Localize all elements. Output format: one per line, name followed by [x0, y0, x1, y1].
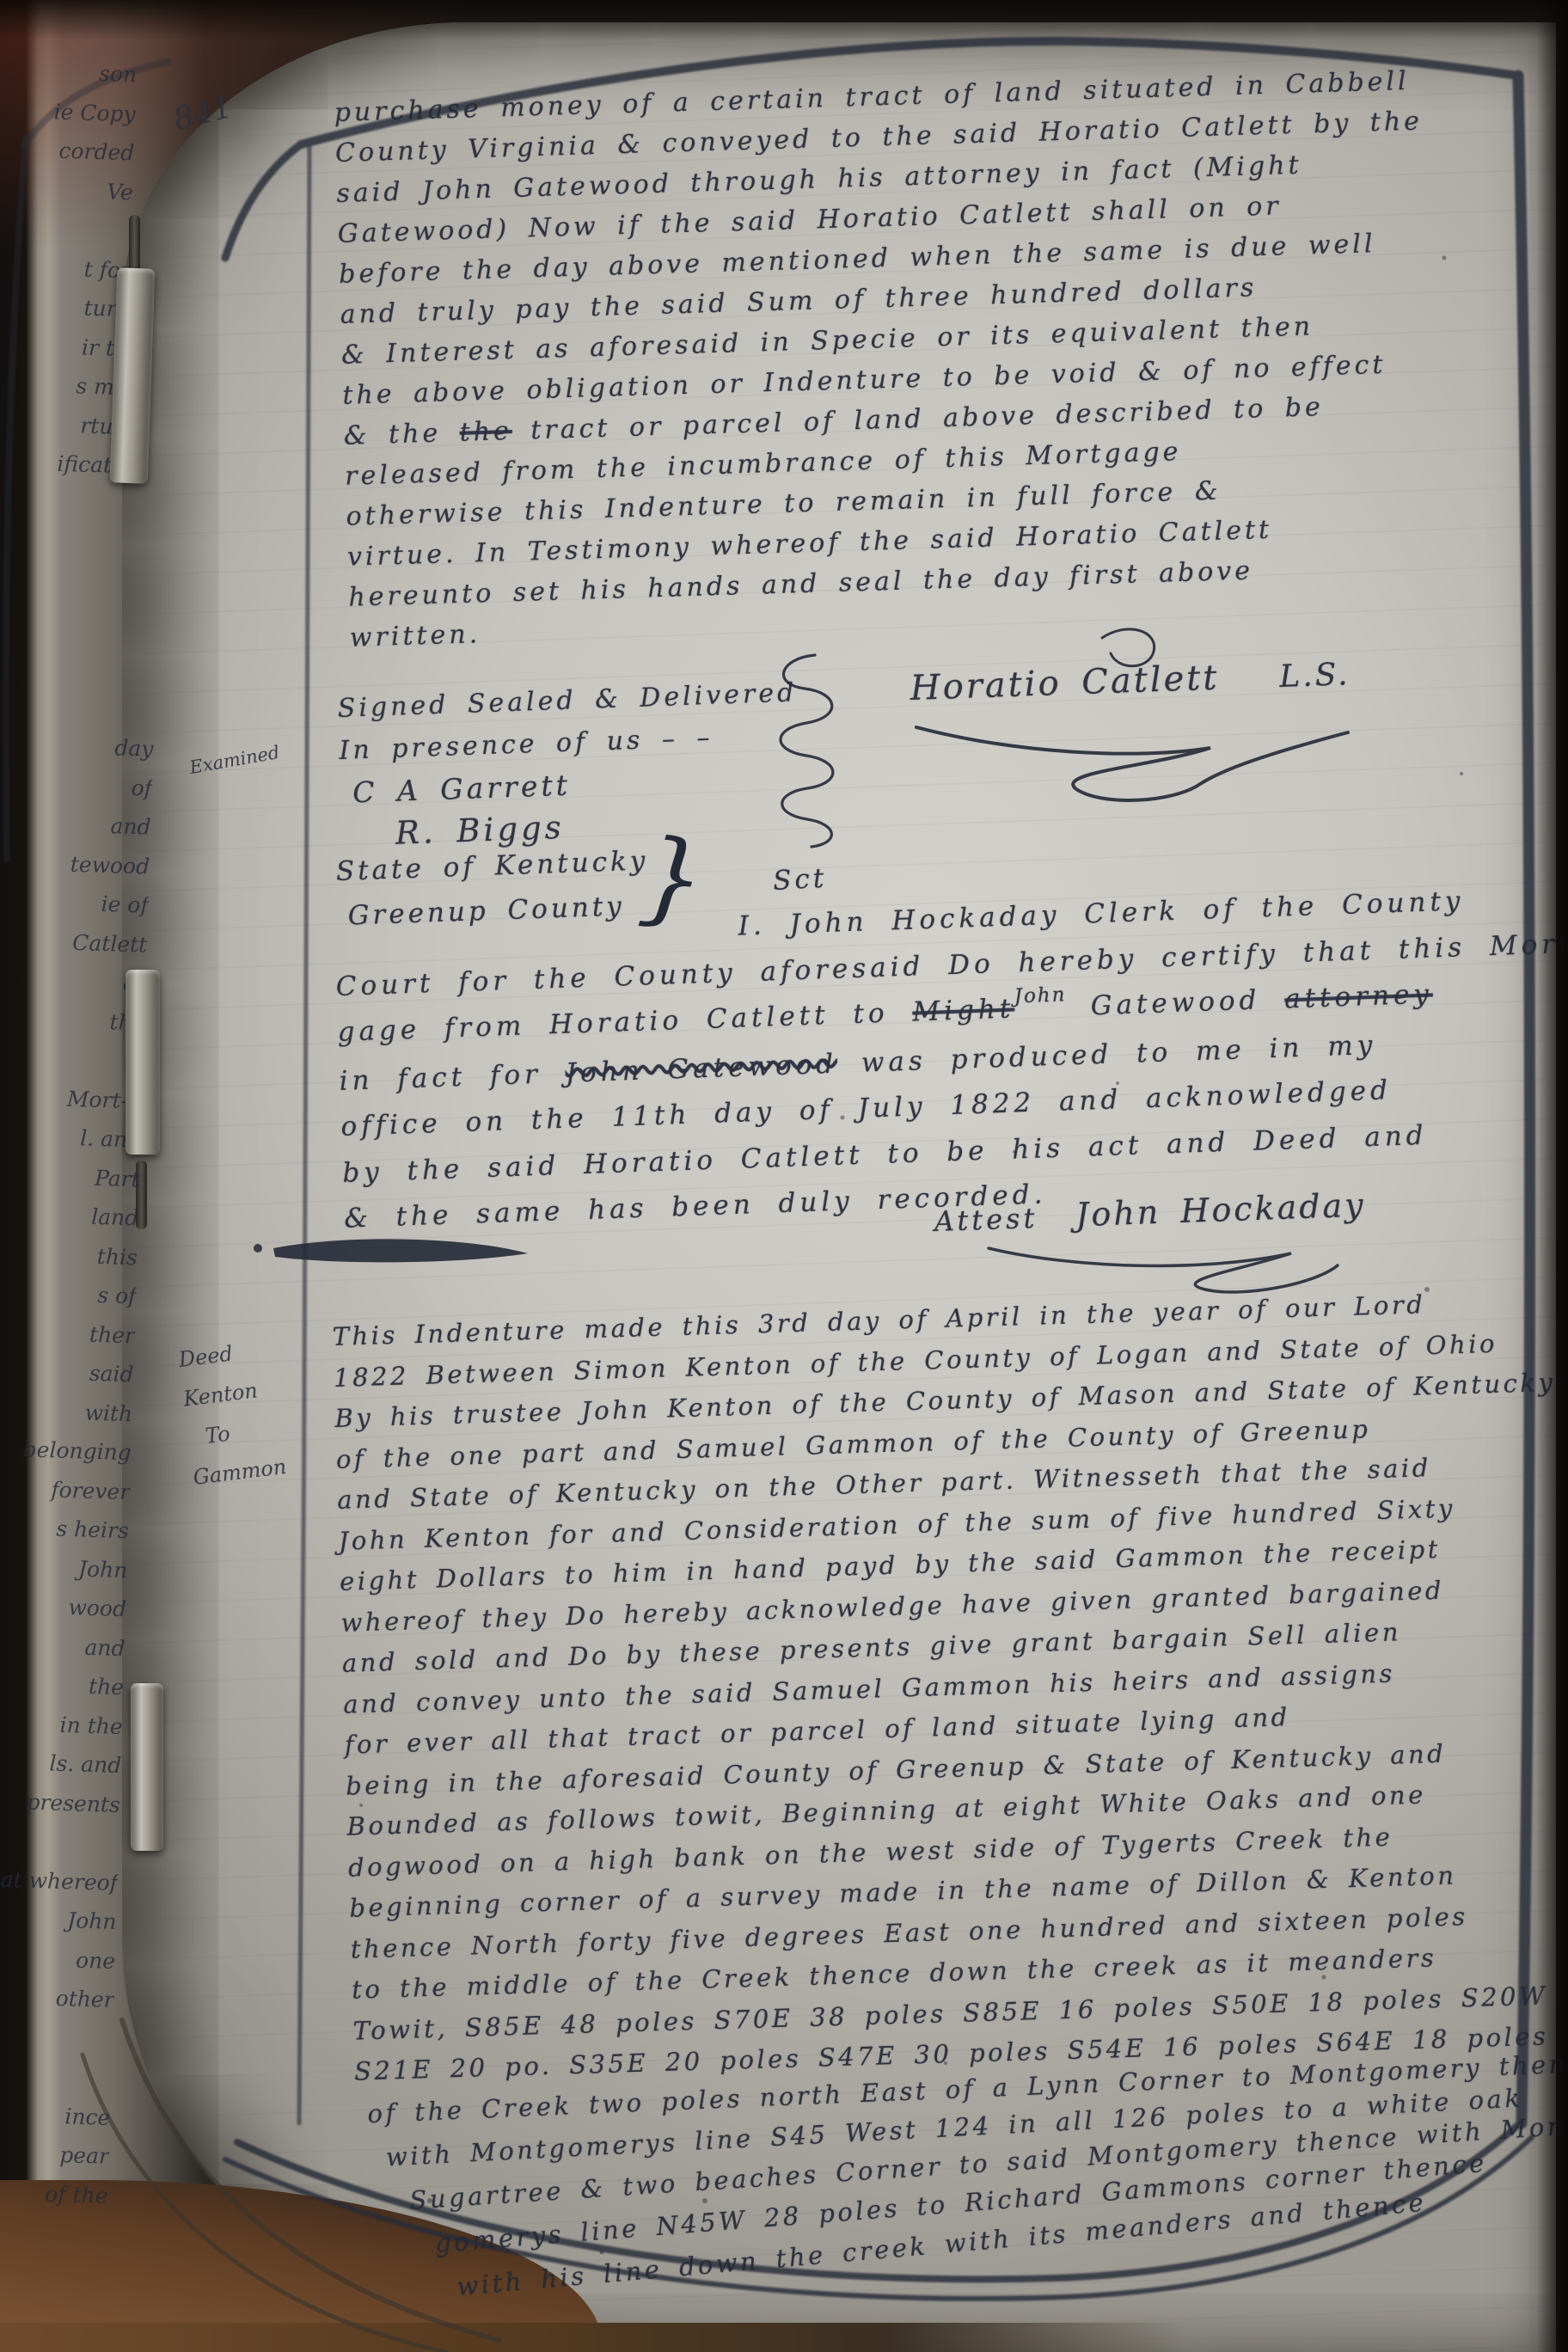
left-page-text-fragment: Ve — [2, 168, 133, 211]
witness-block: Signed Sealed & Delivered In presence of… — [337, 671, 802, 856]
left-page-text-fragment: one — [0, 1938, 116, 1981]
left-page-text-fragment: and — [0, 1625, 126, 1668]
clerk-name: John Hockaday — [1075, 1185, 1366, 1234]
left-page-text-fragment: the — [0, 1663, 125, 1706]
left-page-text-fragment: s of — [5, 1273, 137, 1316]
left-page-text-fragment: belonging — [0, 1430, 132, 1473]
clerk-certificate-block: I. John Hockaday Clerk of the County Cou… — [334, 874, 1568, 1242]
left-page-text-fragment: s heirs — [0, 1507, 130, 1550]
line-segment: & the — [343, 418, 460, 451]
left-page-text-fragment: with — [1, 1390, 132, 1433]
left-page-text-fragment — [0, 2055, 113, 2098]
left-page-text-fragment — [1, 208, 132, 251]
left-page-text-fragment: John — [0, 1547, 128, 1589]
left-page-text-fragment: ificate — [0, 442, 126, 485]
struck-word: the — [459, 416, 512, 448]
left-page-text-fragment: ie Copy — [4, 90, 136, 133]
venue-sct: Sct — [772, 859, 828, 902]
attest-label: Attest — [934, 1202, 1038, 1238]
left-page-text-fragment: said — [3, 1351, 134, 1394]
left-page-text-fragment: corded — [3, 130, 135, 173]
left-page-text-fragment: ir th — [0, 325, 129, 368]
binding-post — [110, 267, 156, 483]
left-page-text-fragment: t for — [0, 247, 132, 290]
left-page-text-fragment: in the — [0, 1703, 123, 1746]
binding-post — [131, 1683, 163, 1851]
seal-mark: L.S. — [1279, 657, 1351, 695]
mortgage-clause-block: purchase money of a certain tract of lan… — [334, 60, 1437, 658]
left-page-text-fragment: s me — [0, 364, 127, 407]
struck-word: Might — [912, 993, 1015, 1027]
left-page-text-fragment: ther — [3, 1312, 135, 1355]
left-page-text-fragment: n — [12, 1038, 144, 1081]
left-page-text-fragment: this — [6, 1234, 138, 1277]
line-segment: in fact for — [339, 1057, 566, 1096]
left-page-text-fragment: forever — [0, 1468, 131, 1511]
deed-book-photo: son ie Copy corded Ve t for ture ir th s… — [0, 0, 1568, 2352]
left-page-text-fragment: Catlett — [16, 921, 148, 964]
left-page-text-fragment: other — [0, 1976, 114, 2019]
left-page-text-fragment: ince — [0, 2094, 111, 2137]
left-page-text-fragment: Part — [9, 1155, 140, 1198]
left-page-text-fragment — [0, 1820, 119, 1863]
left-page-text-fragment: l. and — [9, 1117, 141, 1160]
left-page-text-fragment: at whereof — [0, 1859, 119, 1902]
left-page-text-fragment: day — [22, 726, 154, 769]
left-page-text-fragment: pear — [0, 2133, 110, 2176]
left-page-text-fragment: and — [20, 804, 151, 847]
left-page-text-fragment: Mort— — [11, 1077, 143, 1120]
left-page-text-fragment: ie of — [17, 882, 149, 925]
line-segment: Gatewood — [1066, 983, 1285, 1022]
left-page-text-fragment: wood — [0, 1585, 127, 1628]
struck-word: attorney — [1284, 978, 1434, 1014]
scribbled-out-words: John Gatewood — [565, 1048, 838, 1088]
left-page-text-fragment: John — [0, 1898, 117, 1941]
left-page-text-fragment: ture — [0, 286, 130, 329]
table-edge — [0, 2323, 1186, 2352]
indenture-block: This Indenture made this 3rd day of Apri… — [332, 1275, 1568, 2312]
left-page-text-fragment: of — [21, 764, 152, 807]
interlined-word: John — [1014, 972, 1068, 1020]
left-page-text-fragment — [0, 2016, 113, 2059]
left-page-text-fragment: tewood — [18, 842, 150, 885]
left-page-text-fragment: land — [8, 1195, 139, 1238]
left-page-text-fragment: presents — [0, 1781, 121, 1824]
left-page-text-fragment: of the — [0, 2172, 108, 2215]
left-page-text-fragment: rtue — [0, 403, 126, 446]
margin-note-entry: Deed Kenton To Gammon — [176, 1329, 289, 1498]
left-page-text-fragment: son — [5, 52, 137, 95]
binding-post — [126, 970, 160, 1155]
left-page-text-fragment: ls. and — [0, 1742, 122, 1785]
